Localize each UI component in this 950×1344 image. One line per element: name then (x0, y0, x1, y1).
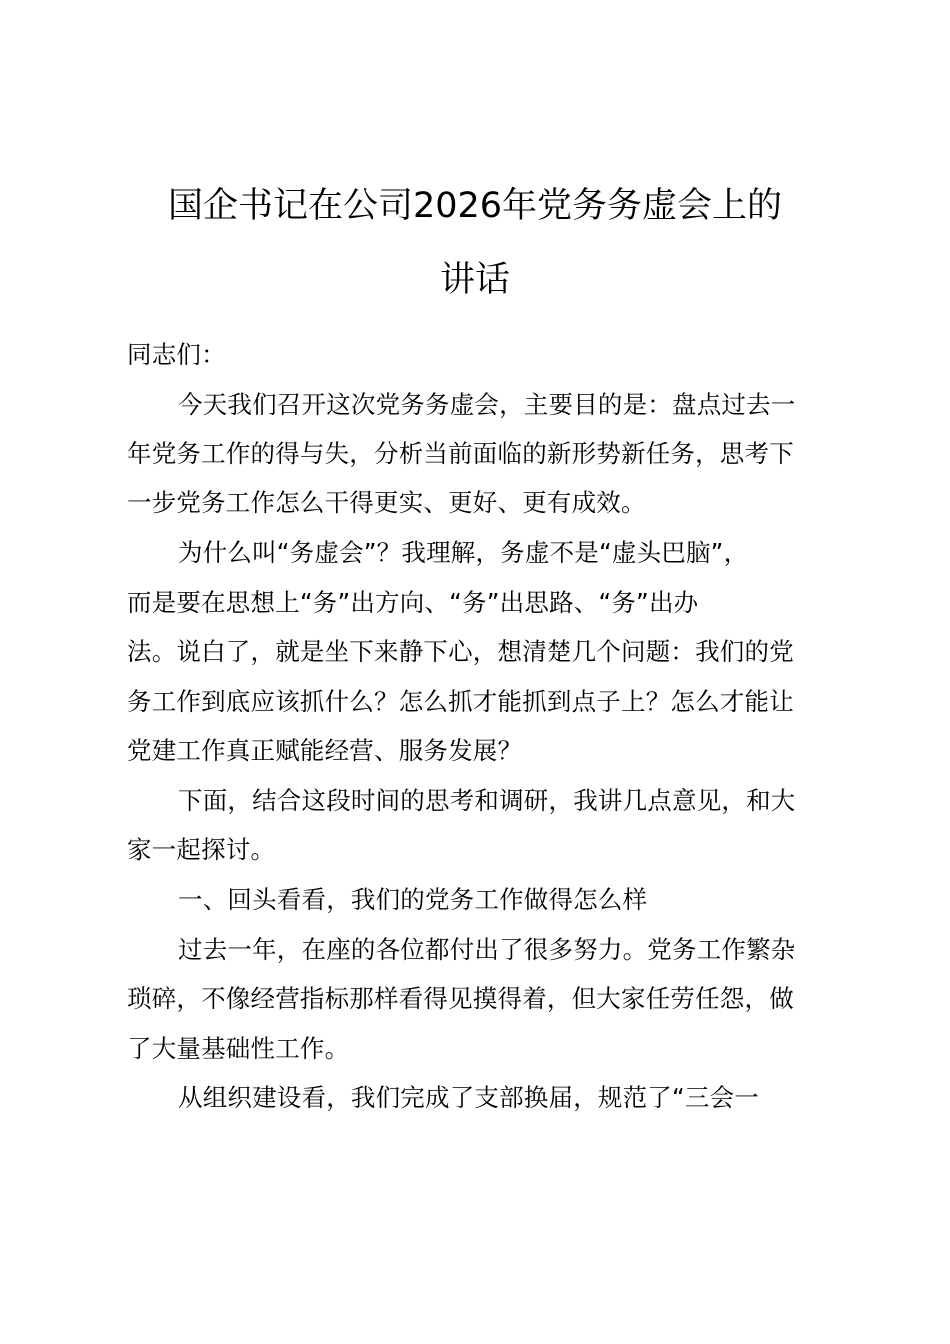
paragraph-line: 下面，结合这段时间的思考和调研，我讲几点意见，和大 (178, 785, 796, 817)
document-page: 国企书记在公司2026年党务务虚会上的 讲话 同志们： 今天我们召开这次党务务虚… (0, 0, 950, 1344)
paragraph-line: 一步党务工作怎么干得更实、更好、更有成效。 (127, 487, 646, 519)
paragraph-line: 为什么叫“务虚会”？我理解，务虚不是“虚头巴脑”， (178, 537, 748, 569)
paragraph-line: 党建工作真正赋能经营、服务发展？ (127, 735, 522, 767)
document-title-line-1: 国企书记在公司2026年党务务虚会上的 (0, 184, 950, 228)
document-title-line-2: 讲话 (0, 258, 950, 302)
paragraph-line: 务工作到底应该抓什么？怎么抓才能抓到点子上？怎么才能让 (127, 686, 794, 718)
paragraph-line: 从组织建设看，我们完成了支部换届，规范了“三会一 (178, 1082, 759, 1114)
paragraph-line: 了大量基础性工作。 (127, 1033, 349, 1065)
section-heading: 一、回头看看，我们的党务工作做得怎么样 (178, 884, 647, 916)
paragraph-line: 过去一年，在座的各位都付出了很多努力。党务工作繁杂 (178, 934, 796, 966)
paragraph-line: 年党务工作的得与失，分析当前面临的新形势新任务，思考下 (127, 438, 794, 470)
paragraph-line: 法。说白了，就是坐下来静下心，想清楚几个问题：我们的党 (127, 636, 794, 668)
paragraph-line: 今天我们召开这次党务务虚会，主要目的是：盘点过去一 (178, 389, 796, 421)
paragraph-line: 琐碎，不像经营指标那样看得见摸得着，但大家任劳任怨，做 (127, 983, 794, 1015)
paragraph-line: 而是要在思想上“务”出方向、“务”出思路、“务”出办 (127, 587, 698, 619)
paragraph-line: 家一起探讨。 (127, 834, 275, 866)
salutation: 同志们： (127, 339, 226, 371)
